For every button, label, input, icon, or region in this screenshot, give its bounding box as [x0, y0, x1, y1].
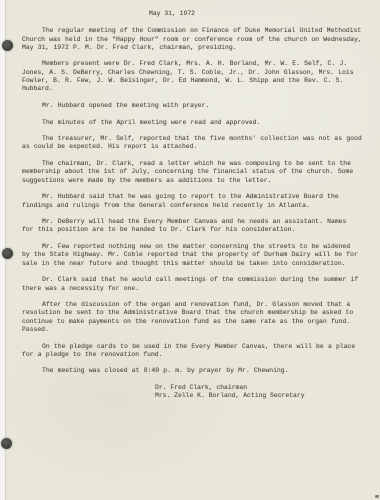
hole-punch-middle	[2, 248, 13, 259]
paragraph-minutes: The minutes of the April meeting were re…	[22, 119, 362, 127]
paragraph-treasurer-report: The treasurer, Mr. Self, reported that t…	[22, 135, 362, 152]
paragraph-streets-dairy: Mr. Few reported nothing new on the matt…	[22, 243, 362, 268]
document-date: May 31, 1972	[22, 10, 322, 18]
hole-punch-bottom	[1, 438, 12, 449]
paragraph-members-present: Members present were Dr. Fred Clark, Mrs…	[22, 60, 362, 93]
paragraph-deberry-canvas: Mr. DeBerry will head the Every Member C…	[22, 218, 362, 235]
paragraph-pledge-cards: On the pledge cards to be used in the Ev…	[22, 343, 362, 360]
paragraph-chairman-letter: The chairman, Dr. Clark, read a letter w…	[22, 160, 362, 185]
corner-speck	[375, 495, 379, 498]
paragraph-hubbard-report: Mr. Hubbard said that he was going to re…	[22, 193, 362, 210]
signature-block: Dr. Fred Clark, chairman Mrs. Zelle K. B…	[155, 384, 362, 401]
paragraph-prayer: Mr. Hubbard opened the meeting with pray…	[22, 102, 362, 110]
paragraph-closing: The meeting was closed at 8:40 p. m. by …	[22, 367, 362, 375]
document-body: May 31, 1972 The regular meeting of the …	[22, 10, 362, 401]
paragraph-renovation-resolution: After the discussion of the organ and re…	[22, 301, 362, 334]
signature-secretary: Mrs. Zelle K. Borland, Acting Secretary	[155, 392, 362, 400]
scanned-page: May 31, 1972 The regular meeting of the …	[0, 0, 380, 500]
paragraph-summer-meetings: Dr. Clark said that he would call meetin…	[22, 276, 362, 293]
paragraph-opening: The regular meeting of the Commission on…	[22, 27, 362, 52]
hole-punch-top	[2, 40, 13, 51]
